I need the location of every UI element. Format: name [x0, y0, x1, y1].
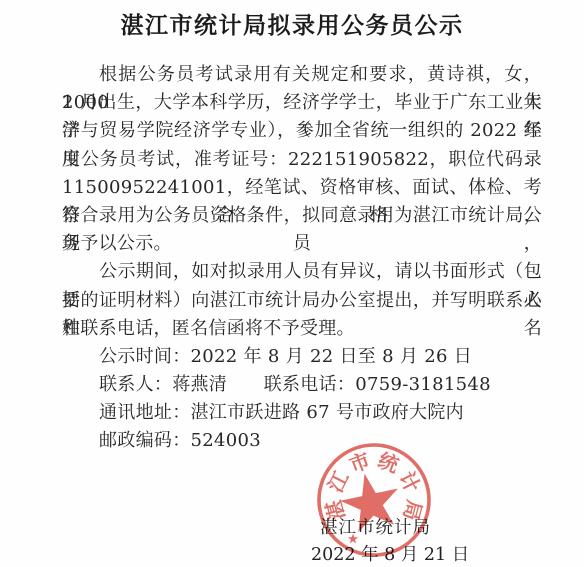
page-title: 湛江市统计局拟录用公务员公示 [0, 7, 584, 40]
body-line: 用公务员考试，准考证号：222151905822，职位代码： [62, 146, 542, 174]
document-body: 根据公务员考试录用有关规定和要求，黄诗祺，女，2000 年 1 月出生，大学本科… [62, 61, 542, 456]
issue-date: 2022 年 8 月 21 日 [311, 541, 469, 566]
body-line: 济与贸易学院经济学专业），参加全省统一组织的 2022 年度录 [62, 117, 542, 145]
body-line: 11500952241001，经笔试、资格审核、面试、体检、考察合格， [62, 174, 542, 202]
body-line: 符合录用为公务员资格条件，拟同意录用为湛江市统计局公务员， [62, 202, 542, 230]
body-line: 公示期间，如对拟录用人员有异议，请以书面形式（包括必 [62, 258, 542, 286]
seal-arc-char: 江 [323, 467, 354, 497]
body-line: 1 月出生，大学本科学历，经济学学士，毕业于广东工业大学（经 [62, 89, 542, 117]
contact-person-line: 联系人：蒋燕清 联系电话：0759-3181548 [62, 371, 542, 399]
seal-arc-char: 计 [394, 467, 424, 496]
body-line: 要的证明材料）向湛江市统计局办公室提出，并写明联系人姓名 [62, 287, 542, 315]
mailing-address-line: 通讯地址：湛江市跃进路 67 号市政府大院内 [62, 399, 542, 427]
postal-code-line: 邮政编码：524003 [62, 427, 542, 455]
body-line: 根据公务员考试录用有关规定和要求，黄诗祺，女，2000 年 [62, 61, 542, 89]
issuer-signature: 湛江市统计局 [320, 514, 431, 539]
publicity-period-line: 公示时间：2022 年 8 月 22 日至 8 月 26 日 [62, 343, 542, 371]
announcement-document: 湛江市统计局拟录用公务员公示 根据公务员考试录用有关规定和要求，黄诗祺，女，20… [0, 0, 584, 567]
